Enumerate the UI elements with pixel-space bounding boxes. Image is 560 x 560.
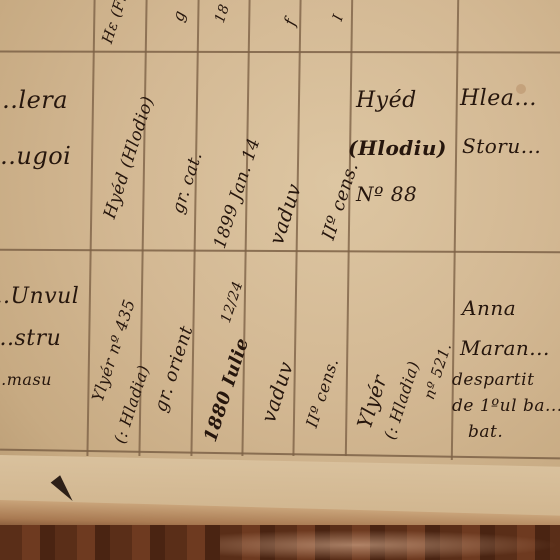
row1-residence-line3: Nº 88 xyxy=(356,182,417,206)
row2-name-line1: ...Unvul xyxy=(0,284,79,309)
row2-remarks-line2: Maran... xyxy=(460,336,550,360)
row2-remarks-line4: de 1ºul ba... xyxy=(452,396,560,416)
row2-name-line2: ...stru xyxy=(0,326,61,351)
row2-remarks-line3: despartit xyxy=(452,370,534,390)
row2-remarks-line5: bat. xyxy=(468,422,503,442)
row2-remarks-line1: Anna xyxy=(462,296,516,320)
row1-remarks-line2: Storu... xyxy=(462,134,541,158)
row1-name-line1: ...lera xyxy=(0,86,68,114)
ledger-page xyxy=(0,0,560,520)
row1-residence-line1: Hyéd xyxy=(356,88,417,113)
row2-name-line3: ...masu xyxy=(0,370,52,389)
row1-residence-line2: (Hlodiu) xyxy=(348,136,447,160)
row1-name-line2: ...ugoi xyxy=(0,142,71,170)
binding-reflection xyxy=(220,530,560,560)
row1-remarks-line1: Hlea... xyxy=(460,86,537,111)
